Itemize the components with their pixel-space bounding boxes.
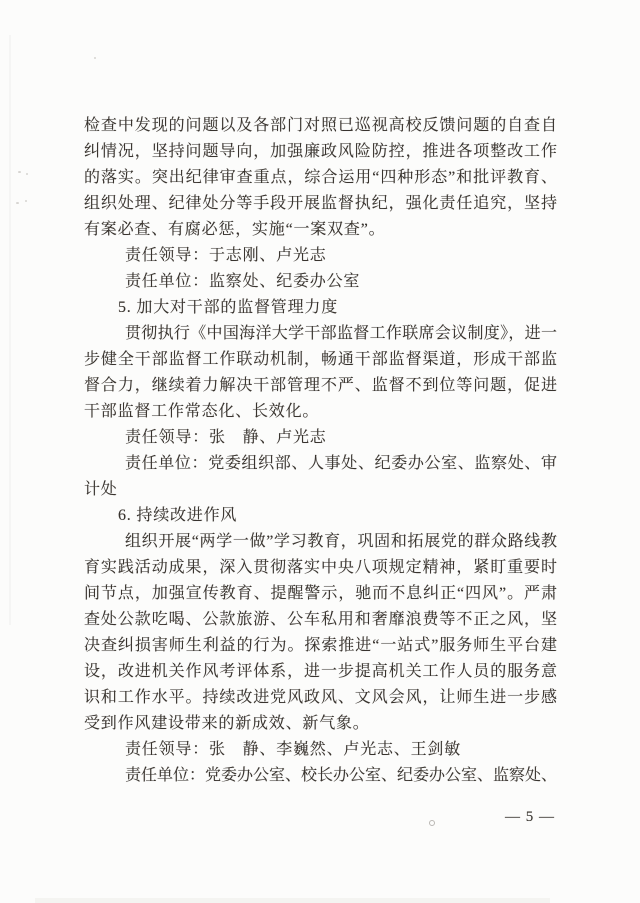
page-number: — 5 — <box>505 806 555 828</box>
text-block: 检查中发现的问题以及各部门对照已巡视高校反馈问题的自查自纠情况，坚持问题导向，加… <box>84 113 557 789</box>
text-line-cont: 有案必查、有腐必惩，实施“一案双查”。 <box>84 217 557 243</box>
scan-bottom-streak <box>35 898 550 903</box>
text-line-cont: 纠情况，坚持问题导向，加强廉政风险防控，推进各项整改工作 <box>84 139 557 165</box>
text-line-cont: 决查纠损害师生利益的行为。探索推进“一站式”服务师生平台建 <box>84 633 557 659</box>
text-line-cont: 督合力，继续着力解决干部管理不严、监督不到位等问题，促进 <box>84 373 557 399</box>
text-line-cont: 组织处理、纪律处分等手段开展监督执纪，强化责任追究，坚持 <box>84 191 557 217</box>
text-line-resp: 责任单位：党委办公室、校长办公室、纪委办公室、监察处、 <box>84 763 557 789</box>
text-line-para: 贯彻执行《中国海洋大学干部监督工作联席会议制度》，进一 <box>84 321 557 347</box>
text-line-cont: 育实践活动成果，深入贯彻落实中央八项规定精神，紧盯重要时 <box>84 555 557 581</box>
text-line-cont: 查处公款吃喝、公款旅游、公车私用和奢靡浪费等不正之风，坚 <box>84 607 557 633</box>
scan-speck <box>18 171 21 173</box>
text-line-cont: 间节点，加强宣传教育、提醒警示，驰而不息纠正“四风”。严肃 <box>84 581 557 607</box>
scan-speck <box>26 173 28 175</box>
text-line-resp: 责任领导：张 静、李巍然、卢光志、王剑敏 <box>84 737 557 763</box>
scan-speck <box>94 57 96 59</box>
text-line-resp: 责任单位：党委组织部、人事处、纪委办公室、监察处、审 <box>84 451 557 477</box>
scan-speck <box>429 820 435 826</box>
text-line-cont: 干部监督工作常态化、长效化。 <box>84 399 557 425</box>
text-line-cont: 步健全干部监督工作联动机制，畅通干部监督渠道，形成干部监 <box>84 347 557 373</box>
text-line-resp: 责任单位：监察处、纪委办公室 <box>84 269 557 295</box>
text-line-cont: 设，改进机关作风考评体系，进一步提高机关工作人员的服务意 <box>84 659 557 685</box>
text-line-cont: 受到作风建设带来的新成效、新气象。 <box>84 711 557 737</box>
text-line-cont: 的落实。突出纪律审查重点，综合运用“四种形态”和批评教育、 <box>84 165 557 191</box>
text-line-cont: 检查中发现的问题以及各部门对照已巡视高校反馈问题的自查自 <box>84 113 557 139</box>
text-line-head: 5. 加大对干部的监督管理力度 <box>84 295 557 321</box>
scan-speck <box>16 202 19 204</box>
text-line-resp: 责任领导：于志刚、卢光志 <box>84 243 557 269</box>
text-line-head: 6. 持续改进作风 <box>84 503 557 529</box>
scan-speck <box>25 200 27 202</box>
text-line-cont: 识和工作水平。持续改进党风政风、文风会风，让师生进一步感 <box>84 685 557 711</box>
text-line-resp: 责任领导：张 静、卢光志 <box>84 425 557 451</box>
document-page: 检查中发现的问题以及各部门对照已巡视高校反馈问题的自查自纠情况，坚持问题导向，加… <box>0 0 640 903</box>
text-line-cont: 计处 <box>84 477 557 503</box>
text-line-para: 组织开展“两学一做”学习教育，巩固和拓展党的群众路线教 <box>84 529 557 555</box>
scan-edge-shadow <box>9 35 11 625</box>
